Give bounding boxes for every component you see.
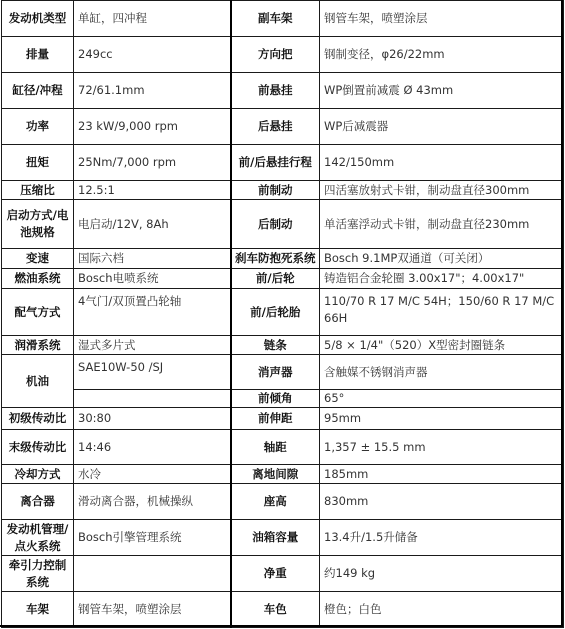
spec-value: 铸造铝合金轮圈 3.00x17"；4.00x17" xyxy=(320,269,564,289)
spec-label: 发动机类型 xyxy=(2,1,74,37)
spec-value: 65° xyxy=(320,390,564,408)
spec-value: 滑动离合器，机械操纵 xyxy=(74,484,231,520)
spec-value: 国际六档 xyxy=(74,249,231,269)
spec-value: 约149 kg xyxy=(320,556,564,592)
spec-value: 含触媒不锈钢消声器 xyxy=(320,355,564,390)
table-row: 缸径/冲程 72/61.1mm 前悬挂 WP倒置前减震 Ø 43mm xyxy=(2,73,564,109)
spec-label: 后制动 xyxy=(231,200,320,249)
spec-label: 前制动 xyxy=(231,181,320,200)
spec-label: 方向把 xyxy=(231,37,320,73)
spec-label: 刹车防抱死系统 xyxy=(231,249,320,269)
table-row: 发动机管理/点火系统 Bosch引擎管理系统 油箱容量 13.4升/1.5升储备 xyxy=(2,520,564,556)
spec-value: 830mm xyxy=(320,484,564,520)
table-row: 功率 23 kW/9,000 rpm 后悬挂 WP后减震器 xyxy=(2,109,564,145)
spec-value: 4气门/双顶置凸轮轴 xyxy=(74,289,231,336)
spec-value: 水冷 xyxy=(74,465,231,484)
spec-value: Bosch 9.1MP双通道（可关闭） xyxy=(320,249,564,269)
spec-label: 启动方式/电池规格 xyxy=(2,200,74,249)
spec-label: 变速 xyxy=(2,249,74,269)
spec-label: 牵引力控制系统 xyxy=(2,556,74,592)
spec-label: 前/后轮胎 xyxy=(231,289,320,336)
spec-table: 发动机类型 单缸，四冲程 副车架 钢管车架，喷塑涂层 排量 249cc 方向把 … xyxy=(1,0,564,628)
spec-value: 单活塞浮动式卡钳，制动盘直径230mm xyxy=(320,200,564,249)
spec-label: 链条 xyxy=(231,336,320,355)
spec-value xyxy=(74,556,231,592)
spec-label: 离合器 xyxy=(2,484,74,520)
spec-label: 离地间隙 xyxy=(231,465,320,484)
spec-label: 轴距 xyxy=(231,430,320,465)
spec-label: 缸径/冲程 xyxy=(2,73,74,109)
spec-value: SAE10W-50 /SJ xyxy=(74,355,231,390)
spec-label: 扭矩 xyxy=(2,145,74,181)
spec-value: 110/70 R 17 M/C 54H；150/60 R 17 M/C 66H xyxy=(320,289,564,336)
table-row: 润滑系统 湿式多片式 链条 5/8 × 1/4"（520）X型密封圈链条 xyxy=(2,336,564,355)
spec-label: 前伸距 xyxy=(231,408,320,430)
spec-value: 14:46 xyxy=(74,430,231,465)
table-row: 机油 SAE10W-50 /SJ 消声器 含触媒不锈钢消声器 xyxy=(2,355,564,390)
spec-value: 30:80 xyxy=(74,408,231,430)
spec-label: 前/后轮 xyxy=(231,269,320,289)
spec-value: 5/8 × 1/4"（520）X型密封圈链条 xyxy=(320,336,564,355)
spec-value: 钢管车架，喷塑涂层 xyxy=(320,1,564,37)
spec-value: 142/150mm xyxy=(320,145,564,181)
spec-value: 12.5:1 xyxy=(74,181,231,200)
spec-value: 湿式多片式 xyxy=(74,336,231,355)
spec-label: 净重 xyxy=(231,556,320,592)
table-row: 末级传动比 14:46 轴距 1,357 ± 15.5 mm xyxy=(2,430,564,465)
spec-label: 前/后悬挂行程 xyxy=(231,145,320,181)
spec-value: Bosch引擎管理系统 xyxy=(74,520,231,556)
table-row: 启动方式/电池规格 电启动/12V, 8Ah 后制动 单活塞浮动式卡钳，制动盘直… xyxy=(2,200,564,249)
spec-label: 初级传动比 xyxy=(2,408,74,430)
spec-value: 72/61.1mm xyxy=(74,73,231,109)
spec-label: 副车架 xyxy=(231,1,320,37)
table-row: 燃油系统 Bosch电喷系统 前/后轮 铸造铝合金轮圈 3.00x17"；4.0… xyxy=(2,269,564,289)
spec-value: WP后减震器 xyxy=(320,109,564,145)
spec-value: 25Nm/7,000 rpm xyxy=(74,145,231,181)
spec-value: 23 kW/9,000 rpm xyxy=(74,109,231,145)
table-row: 排量 249cc 方向把 钢制变径，φ26/22mm xyxy=(2,37,564,73)
spec-label: 消声器 xyxy=(231,355,320,390)
table-row: 牵引力控制系统 净重 约149 kg xyxy=(2,556,564,592)
table-row: 离合器 滑动离合器，机械操纵 座高 830mm xyxy=(2,484,564,520)
spec-label: 冷却方式 xyxy=(2,465,74,484)
spec-value: 13.4升/1.5升储备 xyxy=(320,520,564,556)
spec-label: 车架 xyxy=(2,592,74,628)
spec-value: 钢管车架，喷塑涂层 xyxy=(74,592,231,628)
table-row: 前倾角 65° xyxy=(2,390,564,408)
spec-label: 末级传动比 xyxy=(2,430,74,465)
table-row: 配气方式 4气门/双顶置凸轮轴 前/后轮胎 110/70 R 17 M/C 54… xyxy=(2,289,564,336)
spec-value: 95mm xyxy=(320,408,564,430)
spec-label: 油箱容量 xyxy=(231,520,320,556)
spec-value: 钢制变径，φ26/22mm xyxy=(320,37,564,73)
table-row: 变速 国际六档 刹车防抱死系统 Bosch 9.1MP双通道（可关闭） xyxy=(2,249,564,269)
spec-value: 185mm xyxy=(320,465,564,484)
table-row: 车架 钢管车架，喷塑涂层 车色 橙色；白色 xyxy=(2,592,564,628)
spec-label: 前倾角 xyxy=(231,390,320,408)
table-row: 冷却方式 水冷 离地间隙 185mm xyxy=(2,465,564,484)
spec-label: 排量 xyxy=(2,37,74,73)
table-row: 压缩比 12.5:1 前制动 四活塞放射式卡钳，制动盘直径300mm xyxy=(2,181,564,200)
spec-label: 功率 xyxy=(2,109,74,145)
spec-label: 机油 xyxy=(2,355,74,408)
spec-label: 前悬挂 xyxy=(231,73,320,109)
spec-label: 燃油系统 xyxy=(2,269,74,289)
table-row: 发动机类型 单缸，四冲程 副车架 钢管车架，喷塑涂层 xyxy=(2,1,564,37)
table-row: 初级传动比 30:80 前伸距 95mm xyxy=(2,408,564,430)
spec-label: 座高 xyxy=(231,484,320,520)
spec-label: 压缩比 xyxy=(2,181,74,200)
spec-value: WP倒置前减震 Ø 43mm xyxy=(320,73,564,109)
spec-value: Bosch电喷系统 xyxy=(74,269,231,289)
spec-value: 电启动/12V, 8Ah xyxy=(74,200,231,249)
table-row: 扭矩 25Nm/7,000 rpm 前/后悬挂行程 142/150mm xyxy=(2,145,564,181)
spec-value xyxy=(74,390,231,408)
spec-label: 润滑系统 xyxy=(2,336,74,355)
spec-label: 车色 xyxy=(231,592,320,628)
spec-value: 1,357 ± 15.5 mm xyxy=(320,430,564,465)
spec-value: 橙色；白色 xyxy=(320,592,564,628)
spec-value: 249cc xyxy=(74,37,231,73)
spec-label: 发动机管理/点火系统 xyxy=(2,520,74,556)
spec-value: 单缸，四冲程 xyxy=(74,1,231,37)
spec-value: 四活塞放射式卡钳，制动盘直径300mm xyxy=(320,181,564,200)
spec-label: 后悬挂 xyxy=(231,109,320,145)
spec-label: 配气方式 xyxy=(2,289,74,336)
